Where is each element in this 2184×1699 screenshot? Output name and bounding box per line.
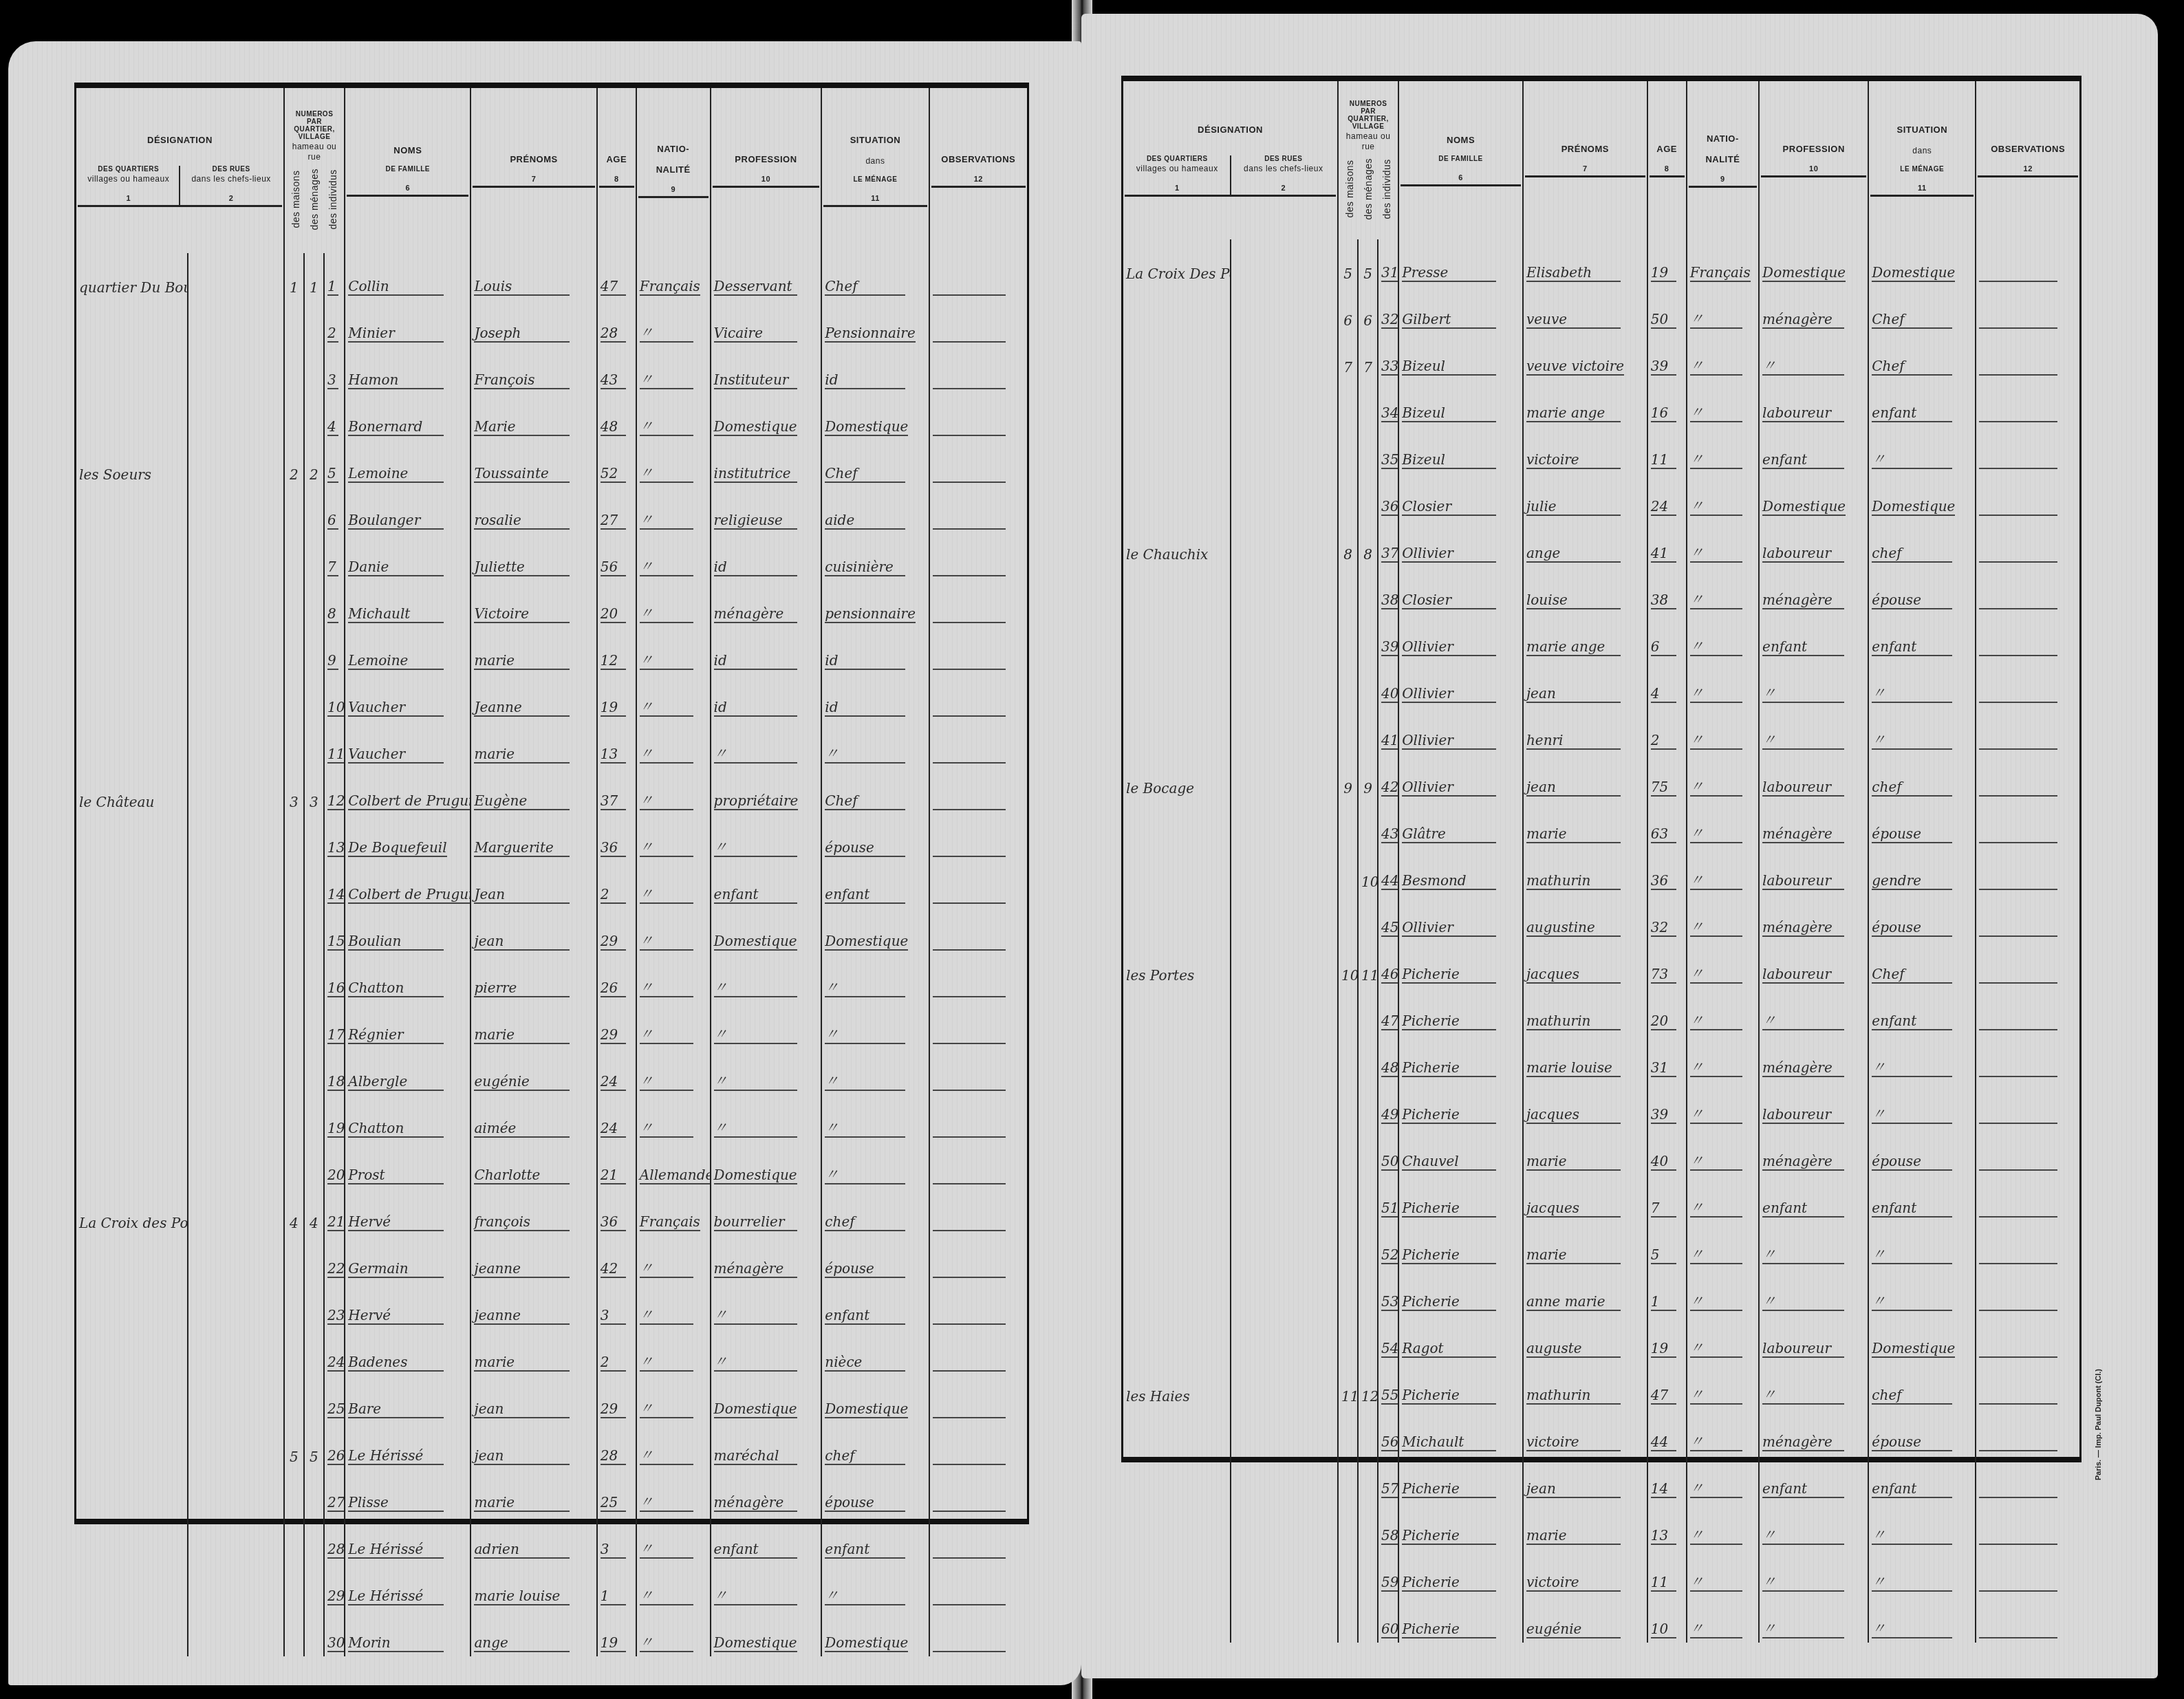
nationalite-value: 〃 <box>1690 1009 1742 1030</box>
situation-cell: id <box>821 347 929 393</box>
rue-cell <box>188 1563 284 1610</box>
age-value: 3 <box>601 1307 627 1325</box>
individu-value: 54 <box>1381 1340 1398 1358</box>
quartier-cell <box>1123 1502 1231 1549</box>
situation-cell: épouse <box>821 1235 929 1282</box>
profession-value: 〃 <box>714 1584 797 1605</box>
situation-value: chef <box>825 1447 905 1465</box>
col12-number: 12 <box>931 175 1026 188</box>
col11-sub: LE MÉNAGE <box>823 176 927 184</box>
table-row: les Soeurs225LemoineToussainte52〃institu… <box>76 440 1027 487</box>
nom-value: Collin <box>348 278 444 296</box>
blank-line <box>1979 264 2057 282</box>
observations-cell <box>929 1376 1027 1422</box>
menage-cell <box>1358 1549 1378 1596</box>
nom-cell: Picherie <box>1398 988 1523 1035</box>
profession-value: 〃 <box>1762 1243 1844 1264</box>
blank-line <box>933 1073 1006 1091</box>
blank-line <box>1979 1527 2057 1545</box>
designation-label: DÉSIGNATION <box>147 135 213 145</box>
nationalite-value: 〃 <box>1690 1337 1742 1358</box>
col9-number: 9 <box>1689 175 1757 188</box>
observations-cell <box>1976 426 2079 473</box>
nom-value: Glâtre <box>1402 825 1496 843</box>
profession-header: PROFESSION10 <box>1759 81 1868 239</box>
rue-cell <box>1231 333 1338 380</box>
quartier-cell <box>76 1422 188 1469</box>
nom-cell: Picherie <box>1398 1222 1523 1268</box>
maison-cell <box>1338 567 1358 614</box>
rue-cell <box>1231 1409 1338 1455</box>
situation-value: 〃 <box>1872 1617 1952 1638</box>
prenom-value: victoire <box>1526 451 1621 469</box>
prenoms-header: PRÉNOMS7 <box>471 88 596 253</box>
nom-value: Morin <box>348 1634 444 1652</box>
situation-value: chef <box>1872 779 1952 797</box>
observations-cell <box>929 861 1027 908</box>
quartier-cell <box>1123 333 1231 380</box>
rue-cell <box>1231 1035 1338 1081</box>
col5-label: des individus <box>327 169 338 230</box>
age-value: 50 <box>1651 311 1677 329</box>
quartier-cell <box>76 1095 188 1142</box>
menage-cell: 6 <box>1358 286 1378 333</box>
menage-cell <box>304 1142 324 1189</box>
quartier-cell <box>76 534 188 581</box>
blank-line <box>1979 825 2057 843</box>
individu-cell: 14 <box>324 861 345 908</box>
maison-cell <box>1338 847 1358 894</box>
rue-cell <box>1231 707 1338 754</box>
table-row: 51Picheriejacques7〃enfantenfant <box>1123 1175 2079 1222</box>
individu-cell: 22 <box>324 1235 345 1282</box>
maison-cell <box>1338 1409 1358 1455</box>
age-value: 24 <box>601 1120 627 1138</box>
age-value: 1 <box>601 1588 627 1605</box>
maison-cell: 10 <box>1338 941 1358 988</box>
prenom-cell: marie <box>471 721 596 768</box>
prenom-value: victoire <box>1526 1433 1621 1451</box>
menage-cell <box>1358 707 1378 754</box>
prenom-cell: mathurin <box>1523 847 1647 894</box>
situation-value: 〃 <box>1872 1243 1952 1264</box>
age-cell: 47 <box>1647 1362 1687 1409</box>
age-cell: 32 <box>1647 894 1687 941</box>
nationalite-cell: 〃 <box>1687 707 1759 754</box>
nom-cell: Glâtre <box>1398 801 1523 847</box>
individu-cell: 54 <box>1378 1315 1398 1362</box>
prenom-value: jean <box>474 1400 570 1418</box>
nom-cell: Picherie <box>1398 1502 1523 1549</box>
maison-cell <box>1338 707 1358 754</box>
col6-title: NOMS <box>393 145 422 155</box>
individu-cell: 40 <box>1378 660 1398 707</box>
age-value: 40 <box>1651 1153 1677 1171</box>
individu-value: 17 <box>327 1026 345 1044</box>
nom-value: Picherie <box>1402 1293 1496 1311</box>
table-row: 9Lemoinemarie12〃idid <box>76 627 1027 674</box>
situation-cell: 〃 <box>1868 1081 1976 1128</box>
individu-value: 22 <box>327 1260 345 1278</box>
quartier-cell <box>1123 1455 1231 1502</box>
profession-cell: laboureur <box>1759 1315 1868 1362</box>
situation-value: 〃 <box>825 1116 905 1138</box>
profession-value: laboureur <box>1762 404 1844 422</box>
age-cell: 31 <box>1647 1035 1687 1081</box>
situation-cell: Chef <box>821 253 929 300</box>
menage-cell <box>304 1002 324 1048</box>
blank-line <box>933 1354 1006 1372</box>
rue-cell <box>188 814 284 861</box>
age-value: 24 <box>1651 498 1677 516</box>
nom-value: Le Hérissé <box>348 1588 444 1605</box>
nom-cell: Boulanger <box>345 487 471 534</box>
age-value: 36 <box>601 839 627 857</box>
nationalite-value: 〃 <box>640 695 693 717</box>
observations-cell <box>929 674 1027 721</box>
nom-cell: Gilbert <box>1398 286 1523 333</box>
situation-cell: id <box>821 627 929 674</box>
situation-value: Chef <box>1872 358 1952 376</box>
individu-cell: 4 <box>324 393 345 440</box>
individu-cell: 58 <box>1378 1502 1398 1549</box>
maison-cell <box>284 487 304 534</box>
profession-cell: ménagère <box>1759 894 1868 941</box>
table-row: 27Plissemarie25〃ménagèreépouse <box>76 1469 1027 1516</box>
individu-value: 58 <box>1381 1527 1398 1545</box>
nom-cell: Bizeul <box>1398 333 1523 380</box>
menage-cell <box>1358 614 1378 660</box>
age-cell: 2 <box>1647 707 1687 754</box>
age-value: 2 <box>601 1354 627 1372</box>
age-value: 27 <box>601 512 627 530</box>
situation-cell: Domestique <box>1868 1315 1976 1362</box>
profession-value: laboureur <box>1762 545 1844 563</box>
situation-value: enfant <box>825 1307 905 1325</box>
quartier-cell <box>1123 707 1231 754</box>
rue-cell <box>1231 801 1338 847</box>
table-row: 38Closierlouise38〃ménagèreépouse <box>1123 567 2079 614</box>
nom-cell: Bizeul <box>1398 426 1523 473</box>
nationalite-value: 〃 <box>640 1116 693 1138</box>
profession-value: 〃 <box>714 742 797 764</box>
prenom-cell: jean <box>471 1376 596 1422</box>
individu-cell: 3 <box>324 347 345 393</box>
individu-cell: 19 <box>324 1095 345 1142</box>
rue-cell <box>1231 1596 1338 1643</box>
quartier-cell <box>76 300 188 347</box>
col12-label: OBSERVATIONS <box>1991 144 2065 154</box>
prenom-cell: adrien <box>471 1516 596 1563</box>
table-row: 58Picheriemarie13〃〃〃 <box>1123 1502 2079 1549</box>
age-value: 39 <box>1651 358 1677 376</box>
table-row: La Croix des Portes4421Hervéfrançois36Fr… <box>76 1189 1027 1235</box>
table-row: le Bocage9942Ollivierjean75〃laboureurche… <box>1123 754 2079 801</box>
nationalite-value: 〃 <box>1690 1149 1742 1171</box>
prenom-value: julie <box>1526 498 1621 516</box>
maison-cell <box>284 1048 304 1095</box>
nom-value: Ragot <box>1402 1340 1496 1358</box>
prenom-value: Jeanne <box>474 699 570 717</box>
blank-line <box>1979 872 2057 890</box>
age-cell: 21 <box>597 1142 636 1189</box>
quartier-cell <box>76 908 188 955</box>
prenom-value: marie ange <box>1526 404 1621 422</box>
table-row: 2MinierJoseph28〃VicairePensionnaire <box>76 300 1027 347</box>
age-cell: 19 <box>1647 239 1687 286</box>
profession-cell: ménagère <box>711 581 822 627</box>
individu-value: 21 <box>327 1213 345 1231</box>
individu-cell: 30 <box>324 1610 345 1656</box>
age-value: 21 <box>601 1167 627 1184</box>
situation-value: 〃 <box>1872 1290 1952 1311</box>
individu-value: 16 <box>327 980 345 997</box>
rue-cell <box>188 300 284 347</box>
prenom-cell: marie <box>1523 1128 1647 1175</box>
situation-cell: enfant <box>821 1516 929 1563</box>
col8-number: 8 <box>1650 165 1685 177</box>
nationalite-cell: 〃 <box>1687 754 1759 801</box>
nom-cell: Vaucher <box>345 674 471 721</box>
situation-value: épouse <box>1872 1433 1952 1451</box>
individu-cell: 60 <box>1378 1596 1398 1643</box>
age-cell: 48 <box>597 393 636 440</box>
maison-cell <box>284 393 304 440</box>
nom-cell: Le Hérissé <box>345 1563 471 1610</box>
numeros-sub2: hameau ou rue <box>1346 131 1391 151</box>
individu-value: 10 <box>327 699 345 717</box>
situation-value: enfant <box>825 1541 905 1559</box>
situation-value: 〃 <box>1872 682 1952 703</box>
nationalite-cell: 〃 <box>1687 894 1759 941</box>
situation-cell: épouse <box>1868 1409 1976 1455</box>
nom-cell: Michault <box>1398 1409 1523 1455</box>
individu-cell: 2 <box>324 300 345 347</box>
col11-title: SITUATION <box>1897 125 1948 135</box>
observations-cell <box>1976 941 2079 988</box>
nationalite-cell: 〃 <box>636 581 711 627</box>
menage-cell <box>1358 1081 1378 1128</box>
table-row: 36Closierjulie24〃DomestiqueDomestique <box>1123 473 2079 520</box>
blank-line <box>1979 685 2057 703</box>
individu-value: 2 <box>327 325 338 343</box>
nom-value: Minier <box>348 325 444 343</box>
profession-value: Domestique <box>714 1634 797 1652</box>
nom-value: Chauvel <box>1402 1153 1496 1171</box>
situation-value: épouse <box>1872 1153 1952 1171</box>
menage-cell: 3 <box>304 768 324 814</box>
age-cell: 26 <box>597 955 636 1002</box>
quartier-cell: les Haies <box>1123 1362 1231 1409</box>
situation-value: 〃 <box>1872 1103 1952 1124</box>
profession-value: Domestique <box>714 1167 797 1184</box>
right-census-table-frame: DÉSIGNATION DES QUARTIERS villages ou ha… <box>1121 76 2082 1462</box>
individu-cell: 31 <box>1378 239 1398 286</box>
nom-cell: Besmond <box>1398 847 1523 894</box>
situation-value: 〃 <box>825 1070 905 1091</box>
rue-cell <box>1231 1175 1338 1222</box>
individu-value: 35 <box>1381 451 1398 469</box>
situation-cell: épouse <box>1868 1128 1976 1175</box>
age-value: 44 <box>1651 1433 1677 1451</box>
age-value: 1 <box>1651 1293 1677 1311</box>
nom-cell: Ollivier <box>1398 707 1523 754</box>
table-row: 48Picheriemarie louise31〃ménagère〃 <box>1123 1035 2079 1081</box>
observations-cell <box>1976 333 2079 380</box>
nom-cell: Chatton <box>345 1095 471 1142</box>
individu-cell: 37 <box>1378 520 1398 567</box>
age-value: 73 <box>1651 966 1677 984</box>
rue-cell <box>1231 1268 1338 1315</box>
profession-cell: laboureur <box>1759 847 1868 894</box>
prenom-value: marie <box>474 1354 570 1372</box>
nom-cell: Picherie <box>1398 1596 1523 1643</box>
nom-value: Ollivier <box>1402 685 1496 703</box>
nationalite-cell: 〃 <box>636 1376 711 1422</box>
nom-cell: Morin <box>345 1610 471 1656</box>
maison-cell <box>1338 1081 1358 1128</box>
profession-cell: Domestique <box>711 1142 822 1189</box>
situation-value: gendre <box>1872 872 1952 890</box>
profession-value: ménagère <box>714 1260 797 1278</box>
profession-value: 〃 <box>714 836 797 857</box>
maison-cell <box>1338 1315 1358 1362</box>
menage-cell <box>1358 1315 1378 1362</box>
situation-cell: enfant <box>1868 1175 1976 1222</box>
menage-cell <box>304 1610 324 1656</box>
left-table-header: DÉSIGNATION DES QUARTIERS villages ou ha… <box>76 88 1027 253</box>
individu-value: 33 <box>1381 358 1398 376</box>
rue-cell <box>188 861 284 908</box>
observations-cell <box>929 440 1027 487</box>
menage-cell <box>304 1516 324 1563</box>
nationalite-cell: 〃 <box>1687 614 1759 660</box>
profession-value: Domestique <box>1762 264 1846 282</box>
nationalite-value: 〃 <box>1690 1196 1742 1218</box>
age-value: 25 <box>601 1494 627 1512</box>
individu-cell: 15 <box>324 908 345 955</box>
nationalite-cell: 〃 <box>636 1469 711 1516</box>
age-cell: 41 <box>1647 520 1687 567</box>
blank-line <box>1979 358 2057 376</box>
age-cell: 24 <box>597 1048 636 1095</box>
age-cell: 16 <box>1647 380 1687 426</box>
profession-cell: ménagère <box>1759 1128 1868 1175</box>
nationalite-cell: 〃 <box>636 627 711 674</box>
quartier-cell <box>76 1516 188 1563</box>
prenom-cell: victoire <box>1523 1549 1647 1596</box>
menage-cell: 5 <box>304 1422 324 1469</box>
nom-value: Bizeul <box>1402 404 1496 422</box>
quartier-cell <box>76 861 188 908</box>
situation-value: 〃 <box>825 976 905 997</box>
menage-cell <box>1358 473 1378 520</box>
prenom-cell: marie <box>471 1002 596 1048</box>
blank-line <box>933 792 1006 810</box>
col3-label: des maisons <box>290 169 301 230</box>
age-cell: 3 <box>597 1516 636 1563</box>
nom-value: Michault <box>1402 1433 1496 1451</box>
nationalite-cell: 〃 <box>1687 1502 1759 1549</box>
age-cell: 10 <box>1647 1596 1687 1643</box>
individu-cell: 25 <box>324 1376 345 1422</box>
prenom-cell: pierre <box>471 955 596 1002</box>
col2-title: DES RUES <box>1231 155 1337 163</box>
blank-line <box>1979 1433 2057 1451</box>
prenom-value: mathurin <box>1526 1387 1621 1405</box>
col6-number: 6 <box>347 184 468 197</box>
maison-cell <box>1338 1035 1358 1081</box>
profession-cell: Instituteur <box>711 347 822 393</box>
individu-cell: 33 <box>1378 333 1398 380</box>
nom-value: Le Hérissé <box>348 1447 444 1465</box>
menage-cell <box>1358 660 1378 707</box>
col11-mid: dans <box>865 156 885 166</box>
quartier-cell <box>1123 1315 1231 1362</box>
prenom-value: veuve <box>1526 311 1621 329</box>
prenom-cell: Marie <box>471 393 596 440</box>
individu-value: 19 <box>327 1120 345 1138</box>
menage-cell <box>304 1048 324 1095</box>
situation-value: épouse <box>825 839 905 857</box>
maison-cell <box>284 721 304 768</box>
profession-cell: 〃 <box>711 1282 822 1329</box>
observations-cell <box>929 581 1027 627</box>
individu-cell: 35 <box>1378 426 1398 473</box>
nom-cell: Closier <box>1398 473 1523 520</box>
nom-cell: Picherie <box>1398 1362 1523 1409</box>
quartier-cell <box>1123 1549 1231 1596</box>
rue-cell <box>1231 426 1338 473</box>
quartier-cell <box>1123 1035 1231 1081</box>
nationalite-value: 〃 <box>1690 869 1742 890</box>
profession-cell: 〃 <box>711 1048 822 1095</box>
blank-line <box>1979 545 2057 563</box>
age-value: 16 <box>1651 404 1677 422</box>
prenom-cell: auguste <box>1523 1315 1647 1362</box>
quartier-cell: La Croix Des Portes <box>1123 239 1231 286</box>
prenom-value: jean <box>474 1447 570 1465</box>
table-row: 11Vauchermarie13〃〃〃 <box>76 721 1027 768</box>
prenom-cell: jacques <box>1523 941 1647 988</box>
nom-value: Albergle <box>348 1073 444 1091</box>
nationalite-cell: 〃 <box>636 1235 711 1282</box>
nom-value: De Boquefeuil <box>348 839 446 857</box>
profession-value: 〃 <box>714 1116 797 1138</box>
individu-cell: 18 <box>324 1048 345 1095</box>
profession-value: institutrice <box>714 465 797 483</box>
nom-cell: Collin <box>345 253 471 300</box>
col11-number: 11 <box>823 195 927 207</box>
age-value: 41 <box>1651 545 1677 563</box>
menage-value: 3 <box>310 794 318 810</box>
profession-cell: 〃 <box>1759 707 1868 754</box>
individu-value: 47 <box>1381 1013 1398 1030</box>
prenom-value: Victoire <box>474 605 570 623</box>
prenom-cell: Jeanne <box>471 674 596 721</box>
prenom-cell: Charlotte <box>471 1142 596 1189</box>
nationalite-cell: 〃 <box>636 1610 711 1656</box>
age-value: 19 <box>1651 1340 1677 1358</box>
nom-value: Picherie <box>1402 1059 1496 1077</box>
age-cell: 2 <box>597 861 636 908</box>
prenom-value: marie <box>474 1026 570 1044</box>
age-value: 13 <box>1651 1527 1677 1545</box>
menage-cell: 8 <box>1358 520 1378 567</box>
nom-cell: Hervé <box>345 1282 471 1329</box>
menage-value: 12 <box>1361 1388 1378 1405</box>
blank-line <box>933 1213 1006 1231</box>
